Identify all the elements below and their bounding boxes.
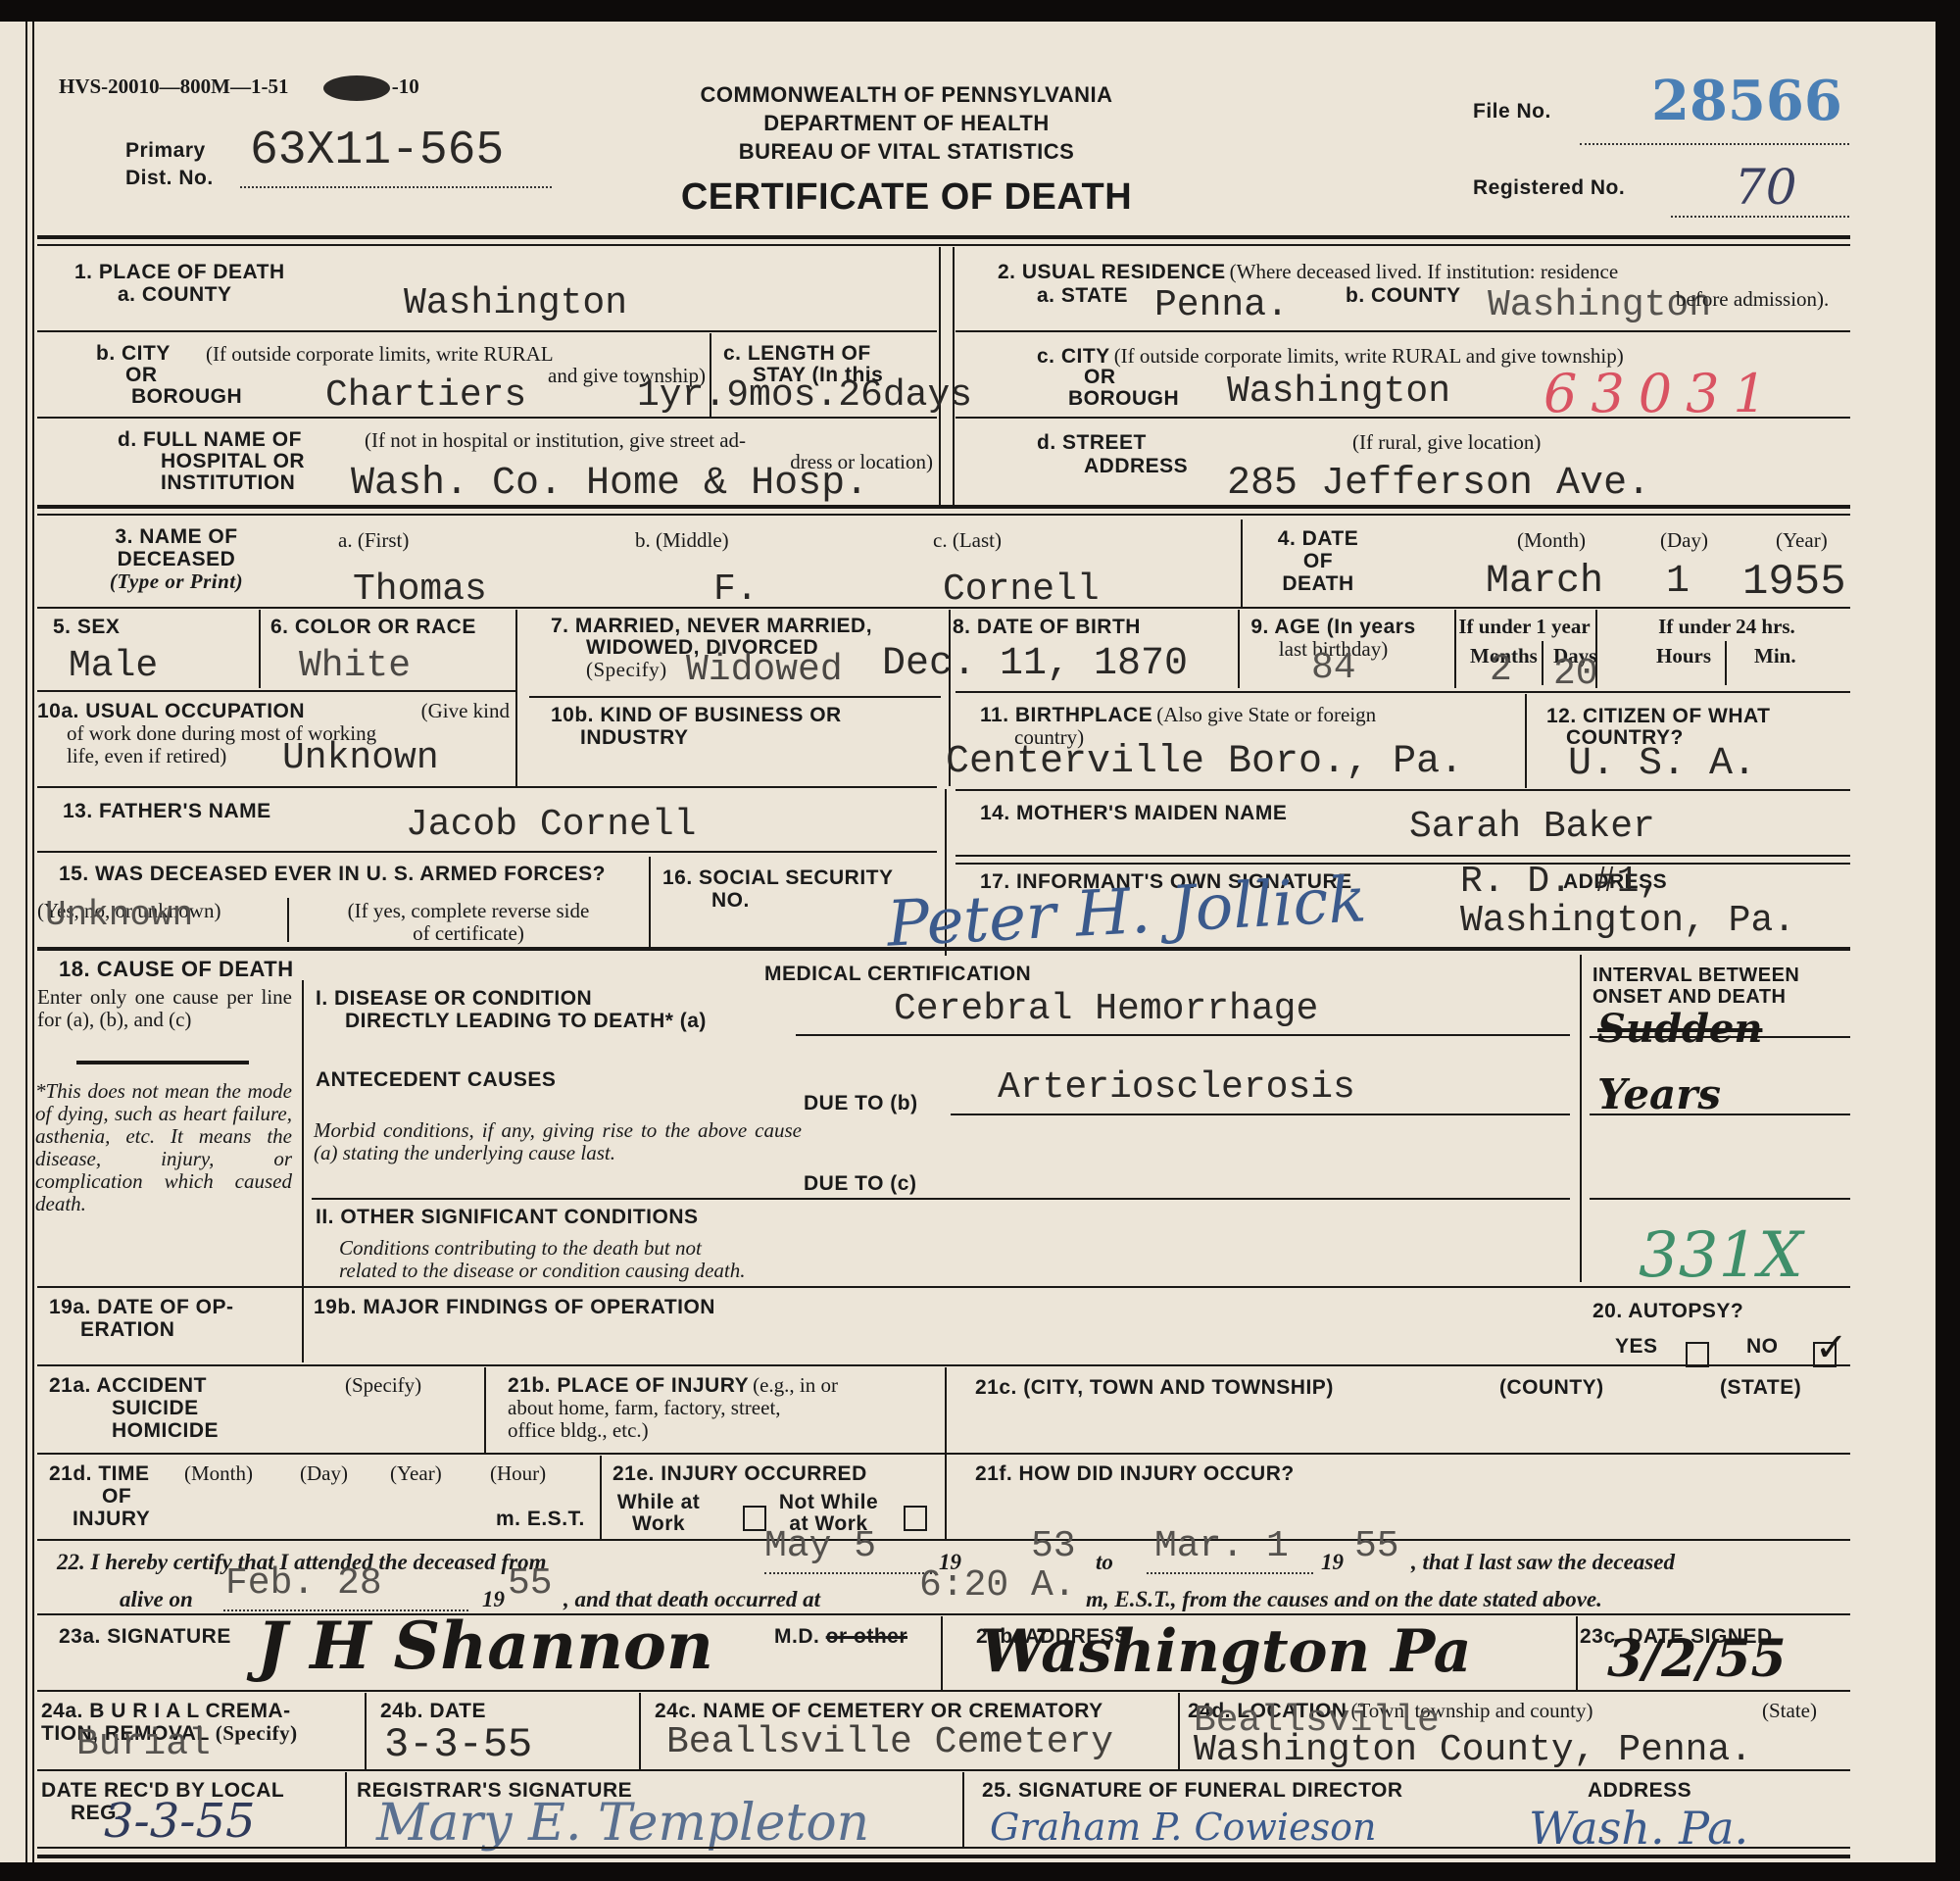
interval-b-value: Years: [1597, 1070, 1721, 1118]
residence-street-note: (If rural, give location): [1352, 431, 1541, 454]
under-24-hrs-label: If under 24 hrs.: [1599, 616, 1854, 638]
divider: [639, 1693, 641, 1769]
age-value: 84: [1311, 649, 1356, 688]
residence-note-2: before admission).: [1676, 288, 1829, 311]
while-at-work-checkbox[interactable]: [743, 1506, 766, 1531]
divider: [287, 898, 289, 942]
divider: [1178, 1693, 1180, 1769]
injury-occurred-label: 21e. INJURY OCCURRED: [612, 1462, 867, 1485]
residence-state-label: a. STATE: [1037, 284, 1128, 307]
md-label: M.D. or other: [774, 1625, 907, 1648]
attended-from-year-vis: 53: [1031, 1527, 1076, 1566]
part-one-label: I. DISEASE OR CONDITION DIRECTLY LEADING…: [316, 987, 707, 1032]
cemetery-label: 24c. NAME OF CEMETERY OR CREMATORY: [655, 1700, 1103, 1722]
divider: [37, 1364, 1850, 1366]
primary-dist-label: Primary Dist. No.: [125, 137, 214, 192]
attended-to-year: 55: [1354, 1527, 1399, 1566]
death-year-label: (Year): [1776, 529, 1828, 552]
registered-no-underline: [1671, 216, 1849, 218]
interval-b-line: [1590, 1114, 1850, 1115]
page-title: CERTIFICATE OF DEATH: [608, 176, 1205, 218]
cause-b-line: [951, 1114, 1570, 1115]
first-name-label: a. (First): [338, 529, 409, 552]
injury-county-label: (COUNTY): [1499, 1376, 1604, 1399]
sex-label: 5. SEX: [53, 616, 120, 638]
autopsy-no-label: NO: [1746, 1335, 1779, 1358]
hospital-label: d. FULL NAME OF HOSPITAL OR INSTITUTION: [118, 429, 305, 494]
ssn-label: 16. SOCIAL SECURITY NO.: [662, 866, 894, 912]
due-to-c-label: DUE TO (c): [804, 1172, 916, 1195]
father-name-value: Jacob Cornell: [406, 806, 696, 845]
months-value: 2: [1490, 651, 1512, 690]
divider: [1238, 610, 1240, 688]
time-of-death: 6:20 A.: [919, 1566, 1076, 1606]
divider: [529, 696, 941, 698]
divider: [37, 786, 937, 788]
cause-a-line: [796, 1034, 1570, 1036]
registered-no-value: 70: [1735, 159, 1797, 216]
death-month-value: March: [1486, 563, 1603, 602]
date-signed-value: 3/2/55: [1607, 1629, 1787, 1689]
divider: [37, 947, 1850, 951]
physician-signature-label: 23a. SIGNATURE: [59, 1625, 231, 1648]
cause-of-death-label: 18. CAUSE OF DEATH: [59, 958, 294, 980]
divider: [76, 1061, 249, 1064]
injury-month-label: (Month): [184, 1462, 253, 1485]
death-day-value: 1: [1666, 563, 1690, 602]
divider: [37, 1855, 1850, 1858]
primary-dist-value: 63X11-565: [250, 131, 504, 171]
mother-name-label: 14. MOTHER'S MAIDEN NAME: [980, 802, 1287, 824]
informant-address-line1: R. D. #1,: [1460, 863, 1661, 902]
date-received-value: 3-3-55: [104, 1794, 256, 1849]
last-name-value: Cornell: [943, 570, 1100, 610]
armed-forces-value: Unknown: [45, 896, 193, 935]
file-no-stamp: 28566: [1651, 69, 1842, 133]
divider: [37, 607, 1850, 609]
accident-specify-label: (Specify): [345, 1374, 421, 1397]
accident-label: 21a. ACCIDENT SUICIDE HOMICIDE: [49, 1374, 219, 1442]
to-year-prefix: 19: [1321, 1551, 1344, 1573]
registered-no-label: Registered No.: [1473, 176, 1625, 199]
registrar-signature: Mary E. Templeton: [376, 1794, 869, 1853]
divider: [259, 610, 261, 688]
divider: [1542, 641, 1543, 685]
divider: [962, 1772, 964, 1847]
divider: [37, 1690, 1850, 1692]
autopsy-label: 20. AUTOPSY?: [1592, 1300, 1743, 1322]
divider: [515, 610, 517, 786]
min-label: Min.: [1754, 645, 1796, 668]
injury-year-label: (Year): [390, 1462, 442, 1485]
divider: [37, 690, 515, 692]
morbid-conditions-note: Morbid conditions, if any, giving rise t…: [314, 1119, 802, 1164]
part-two-note: Conditions contributing to the death but…: [339, 1237, 746, 1282]
medical-certification-label: MEDICAL CERTIFICATION: [764, 963, 1031, 985]
injury-day-label: (Day): [300, 1462, 348, 1485]
cemetery-value: Beallsville Cemetery: [666, 1723, 1113, 1762]
not-while-at-work-checkbox[interactable]: [904, 1506, 927, 1531]
injury-hour-label: (Hour): [490, 1462, 546, 1485]
first-name-value: Thomas: [353, 570, 487, 610]
divider: [37, 1286, 1850, 1288]
dob-value: Dec. 11, 1870: [882, 645, 1188, 684]
residence-street-label: d. STREET ADDRESS: [1037, 431, 1188, 478]
cause-instructions: Enter only one cause per line for (a), (…: [37, 986, 292, 1031]
interval-c-line: [1590, 1198, 1850, 1200]
primary-dist-underline: [240, 186, 552, 188]
to-date-dots: [1147, 1572, 1313, 1574]
divider: [1580, 955, 1582, 1282]
father-name-label: 13. FATHER'S NAME: [63, 800, 271, 822]
due-to-b-label: DUE TO (b): [804, 1092, 918, 1114]
part-two-label: II. OTHER SIGNIFICANT CONDITIONS: [316, 1206, 699, 1228]
divider: [955, 691, 1850, 693]
autopsy-yes-label: YES: [1615, 1335, 1658, 1358]
while-at-work-label: While at Work: [610, 1492, 708, 1535]
place-of-injury-label: 21b. PLACE OF INJURY (e.g., in or about …: [508, 1374, 931, 1442]
divider: [1725, 641, 1727, 685]
divider: [37, 1847, 1850, 1849]
divider: [37, 235, 1850, 239]
death-year-value: 1955: [1742, 563, 1846, 602]
burial-date-value: 3-3-55: [384, 1725, 532, 1764]
divider: [37, 330, 937, 332]
armed-forces-label: 15. WAS DECEASED EVER IN U. S. ARMED FOR…: [59, 863, 606, 885]
funeral-address-label: ADDRESS: [1588, 1779, 1691, 1802]
deceased-name-label: 3. NAME OF DECEASED (Type or Print): [69, 525, 284, 593]
interval-a-struck: Sudden: [1597, 1006, 1762, 1052]
divider: [37, 244, 1850, 246]
cause-b-value: Arteriosclerosis: [998, 1068, 1355, 1108]
injury-city-label: 21c. (CITY, TOWN AND TOWNSHIP): [975, 1376, 1334, 1399]
from-date-dots: [764, 1572, 936, 1574]
physician-address: Washington Pa: [980, 1617, 1471, 1686]
city-code-stamp: 63031: [1543, 363, 1781, 424]
antecedent-causes-label: ANTECEDENT CAUSES: [316, 1068, 556, 1091]
place-of-death-label: 1. PLACE OF DEATH a. COUNTY: [74, 261, 285, 306]
physician-signature: J H Shannon: [257, 1608, 713, 1684]
time-of-injury-label: 21d. TIME OF INJURY: [49, 1462, 150, 1530]
attended-from-date: May 5: [764, 1527, 876, 1566]
divider: [37, 851, 937, 853]
last-seen-date: Feb. 28: [225, 1564, 382, 1604]
length-of-stay-value: 1yr.9mos.26days: [637, 376, 972, 416]
divider: [955, 863, 1850, 865]
file-no-label: File No.: [1473, 100, 1551, 123]
usual-residence-label: 2. USUAL RESIDENCE (Where deceased lived…: [998, 261, 1852, 283]
mother-name-value: Sarah Baker: [1409, 808, 1655, 847]
certification-line-2b: m, E.S.T., from the causes and on the da…: [1086, 1588, 1602, 1610]
occupation-value: Unknown: [282, 739, 439, 778]
middle-name-label: b. (Middle): [635, 529, 729, 552]
race-label: 6. COLOR OR RACE: [270, 616, 476, 638]
form-code: HVS-20010—800M—1-51 -10: [59, 74, 419, 101]
hospital-value: Wash. Co. Home & Hosp.: [351, 465, 868, 504]
residence-county-label: b. COUNTY: [1346, 284, 1461, 307]
armed-forces-note-2: (If yes, complete reverse side of certif…: [292, 900, 645, 945]
divider: [955, 855, 1850, 857]
race-value: White: [299, 647, 411, 686]
sex-value: Male: [69, 647, 158, 686]
last-seen-year: 55: [508, 1564, 553, 1604]
union-label-icon: [323, 75, 390, 101]
death-county-value: Washington: [404, 284, 627, 323]
death-city-value: Chartiers: [325, 376, 526, 416]
funeral-director-signature: Graham P. Cowieson: [990, 1806, 1376, 1849]
dob-label: 8. DATE OF BIRTH: [953, 616, 1141, 638]
cause-code-stamp: 331X: [1639, 1219, 1803, 1292]
divider: [484, 1367, 486, 1454]
funeral-director-label: 25. SIGNATURE OF FUNERAL DIRECTOR: [982, 1779, 1403, 1802]
divider: [37, 514, 1850, 516]
operation-date-label: 19a. DATE OF OP- ERATION: [49, 1296, 233, 1341]
business-label: 10b. KIND OF BUSINESS OR INDUSTRY: [551, 704, 842, 749]
burial-date-label: 24b. DATE: [380, 1700, 486, 1722]
residence-state-value: Penna.: [1154, 286, 1289, 325]
divider: [1454, 610, 1456, 688]
to-label: to: [1096, 1551, 1113, 1573]
divider: [37, 417, 937, 419]
how-injury-occurred-label: 21f. HOW DID INJURY OCCUR?: [975, 1462, 1295, 1485]
divider: [955, 417, 1850, 419]
divider: [37, 1769, 1850, 1771]
under-one-year-label: If under 1 year: [1458, 616, 1591, 638]
hours-label: Hours: [1656, 645, 1711, 668]
residence-city-label-or: OR BOROUGH: [1068, 367, 1179, 410]
citizenship-value: U. S. A.: [1568, 745, 1756, 784]
agency-header: COMMONWEALTH OF PENNSYLVANIA DEPARTMENT …: [627, 80, 1186, 166]
burial-location-line2: Washington County, Penna.: [1194, 1731, 1752, 1770]
burial-location-state-label: (State): [1762, 1700, 1817, 1722]
file-no-underline: [1580, 143, 1849, 145]
disposition-value: Burial: [76, 1725, 211, 1764]
residence-city-value: Washington: [1227, 372, 1450, 412]
divider: [1595, 610, 1597, 688]
divider: [1241, 520, 1243, 608]
informant-address-line2: Washington, Pa.: [1460, 902, 1795, 941]
divider: [37, 1539, 1850, 1541]
operation-findings-label: 19b. MAJOR FINDINGS OF OPERATION: [314, 1296, 715, 1318]
alive-on-label: alive on: [120, 1588, 193, 1610]
attended-to-date: Mar. 1: [1154, 1527, 1289, 1566]
residence-city-label: c. CITY (If outside corporate limits, wr…: [1037, 345, 1624, 368]
divider: [649, 857, 651, 951]
certification-line-1b: , that I last saw the deceased: [1411, 1551, 1675, 1573]
occupation-label: 10a. USUAL OCCUPATION (Give kind of work…: [37, 700, 510, 767]
injury-state-label: (STATE): [1720, 1376, 1801, 1399]
divider: [600, 1456, 602, 1539]
divider: [955, 330, 1850, 332]
divider: [37, 1453, 1850, 1455]
divider: [1525, 694, 1527, 788]
death-certificate: HVS-20010—800M—1-51 -10 Primary Dist. No…: [0, 22, 1935, 1862]
divider: [345, 1772, 347, 1847]
cause-a-value: Cerebral Hemorrhage: [894, 990, 1318, 1029]
cause-c-line: [312, 1198, 1570, 1200]
middle-name-value: F.: [713, 570, 759, 610]
interval-a-line: [1590, 1036, 1850, 1038]
cause-footnote: *This does not mean the mode of dying, s…: [35, 1080, 292, 1215]
interval-label: INTERVAL BETWEEN ONSET AND DEATH: [1592, 965, 1799, 1008]
days-value: 20: [1553, 655, 1598, 694]
last-name-label: c. (Last): [933, 529, 1002, 552]
birthplace-value: Centerville Boro., Pa.: [946, 743, 1463, 782]
date-of-death-label: 4. DATE OF DEATH: [1254, 527, 1382, 595]
death-month-label: (Month): [1517, 529, 1586, 552]
divider: [941, 1616, 943, 1690]
divider: [302, 980, 304, 1290]
est-label: m. E.S.T.: [496, 1508, 585, 1530]
marital-status-value: Widowed: [686, 651, 843, 690]
death-day-label: (Day): [1660, 529, 1708, 552]
divider: [302, 1289, 304, 1362]
divider: [955, 789, 1850, 791]
residence-street-value: 285 Jefferson Ave.: [1227, 465, 1650, 504]
divider: [365, 1693, 367, 1769]
divider: [37, 505, 1850, 509]
